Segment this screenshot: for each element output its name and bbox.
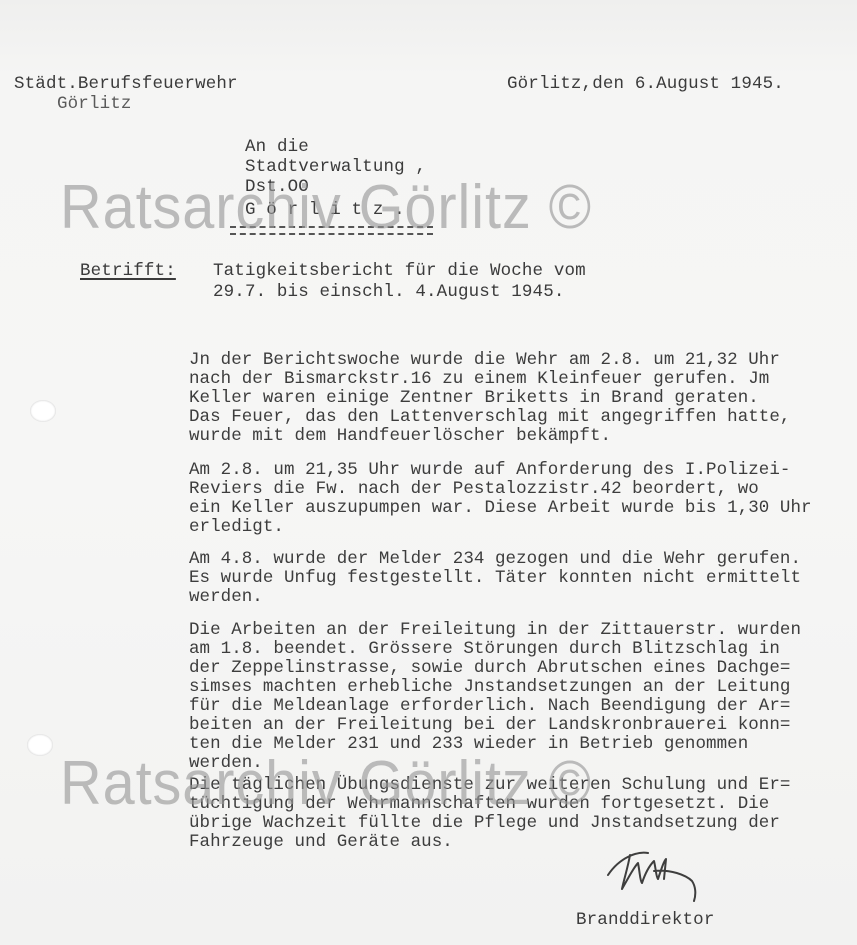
signature-title: Branddirektor: [576, 910, 714, 930]
paragraph-2: Am 2.8. um 21,35 Uhr wurde auf Anforderu…: [189, 461, 812, 537]
punch-hole-top: [30, 400, 56, 422]
body-line: am 1.8. beendet. Grössere Störungen durc…: [189, 640, 801, 659]
body-line: simses machten erhebliche Jnstandsetzung…: [189, 678, 801, 697]
paragraph-4: Die Arbeiten an der Freileitung in der Z…: [189, 621, 801, 773]
body-line: ten die Melder 231 und 233 wieder in Bet…: [189, 735, 801, 754]
punch-hole-bottom: [27, 734, 53, 756]
body-line: Die Arbeiten an der Freileitung in der Z…: [189, 621, 801, 640]
sender-line-1: Städt.Berufsfeuerwehr: [14, 74, 238, 94]
body-line: Es wurde Unfug festgestellt. Täter konnt…: [189, 569, 801, 588]
body-line: beiten an der Freileitung bei der Landsk…: [189, 716, 801, 735]
body-line: übrige Wachzeit füllte die Pflege und Jn…: [189, 814, 790, 833]
body-line: der Zeppelinstrasse, sowie durch Abrutsc…: [189, 659, 801, 678]
body-line: Reviers die Fw. nach der Pestalozzistr.4…: [189, 480, 812, 499]
body-line: Keller waren einige Zentner Briketts in …: [189, 389, 790, 408]
body-line: Am 2.8. um 21,35 Uhr wurde auf Anforderu…: [189, 461, 812, 480]
paragraph-3: Am 4.8. wurde der Melder 234 gezogen und…: [189, 550, 801, 607]
subject-label: Betrifft:: [80, 261, 176, 281]
recipient-line-3: Dst.OO: [245, 177, 309, 197]
body-line: wurde mit dem Handfeuerlöscher bekämpft.: [189, 427, 790, 446]
signature-scribble: [600, 845, 710, 910]
subject-line-1: Tatigkeitsbericht für die Woche vom: [213, 261, 586, 281]
sender-line-2: Görlitz: [57, 94, 132, 114]
recipient-double-underline: [230, 226, 433, 235]
body-line: erledigt.: [189, 518, 812, 537]
recipient-line-2: Stadtverwaltung ,: [245, 157, 426, 177]
paragraph-5: Die täglichen Übungsdienste zur weiteren…: [189, 776, 790, 852]
recipient-line-1: An die: [245, 137, 309, 157]
body-line: Das Feuer, das den Lattenverschlag mit a…: [189, 408, 790, 427]
body-line: werden.: [189, 754, 801, 773]
recipient-line-4: G ö r l i t z .: [245, 200, 405, 220]
body-line: ein Keller auszupumpen war. Diese Arbeit…: [189, 499, 812, 518]
document-page: Städt.Berufsfeuerwehr Görlitz Görlitz,de…: [0, 0, 857, 945]
body-line: werden.: [189, 588, 801, 607]
body-line: nach der Bismarckstr.16 zu einem Kleinfe…: [189, 370, 790, 389]
paragraph-1: Jn der Berichtswoche wurde die Wehr am 2…: [189, 351, 790, 446]
body-line: Jn der Berichtswoche wurde die Wehr am 2…: [189, 351, 790, 370]
body-line: Die täglichen Übungsdienste zur weiteren…: [189, 776, 790, 795]
date-line: Görlitz,den 6.August 1945.: [507, 74, 784, 94]
body-line: tüchtigung der Wehrmannschaften wurden f…: [189, 795, 790, 814]
body-line: Am 4.8. wurde der Melder 234 gezogen und…: [189, 550, 801, 569]
body-line: für die Meldeanlage erforderlich. Nach B…: [189, 697, 801, 716]
subject-line-2: 29.7. bis einschl. 4.August 1945.: [213, 282, 565, 302]
